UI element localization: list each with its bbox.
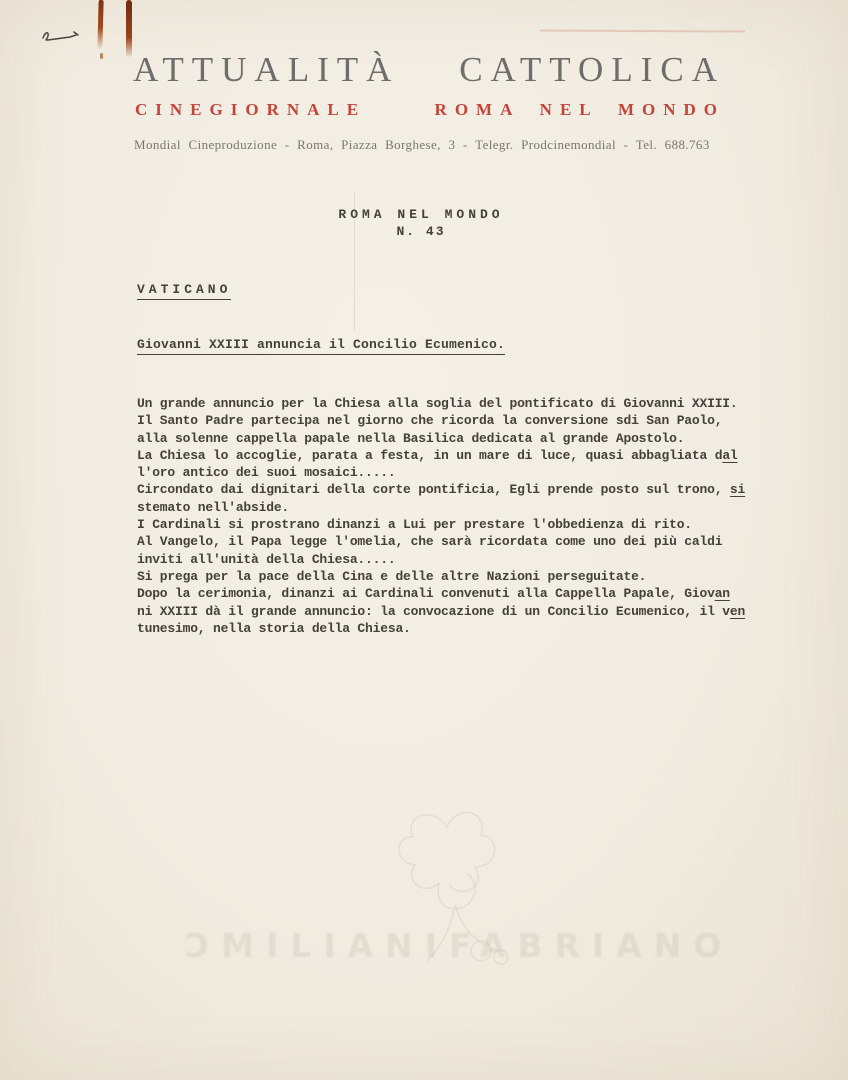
body-line: tunesimo, nella storia della Chiesa.	[137, 621, 797, 638]
newsreel-issue-number: N. 43	[135, 223, 707, 240]
body-line: Un grande annuncio per la Chiesa alla so…	[137, 396, 797, 413]
body-text: Un grande annuncio per la Chiesa alla so…	[137, 396, 797, 638]
body-line: l'oro antico dei suoi mosaici.....	[137, 465, 797, 482]
scanned-document-page: ATTUALITÀ CATTOLICA CINEGIORNALE ROMA NE…	[0, 0, 848, 1080]
document-header: ROMA NEL MONDO N. 43	[135, 206, 707, 240]
body-line: stemato nell'abside.	[137, 500, 797, 517]
body-line: Il Santo Padre partecipa nel giorno che …	[137, 413, 797, 430]
section-label: VATICANO	[137, 282, 231, 300]
ink-smudge-line	[540, 29, 745, 32]
watermark-word-left: ƆMILIANI	[185, 926, 449, 965]
letterhead-subtitle: CINEGIORNALE ROMA NEL MONDO	[135, 100, 725, 120]
letterhead-title: ATTUALITÀ CATTOLICA	[133, 50, 725, 90]
pen-squiggle-icon	[40, 27, 82, 45]
body-line: Si prega per la pace della Cina e delle …	[137, 569, 797, 586]
watermark-word-right: FABRIANO	[449, 926, 733, 965]
body-line: alla solenne cappella papale nella Basil…	[137, 431, 797, 448]
letterhead-subtitle-left: CINEGIORNALE	[135, 100, 366, 120]
body-line: Dopo la cerimonia, dinanzi ai Cardinali …	[137, 586, 797, 603]
body-line: Al Vangelo, il Papa legge l'omelia, che …	[137, 534, 797, 551]
newsreel-series-title: ROMA NEL MONDO	[135, 206, 707, 223]
letterhead-title-word: ATTUALITÀ	[133, 50, 399, 90]
body-line: inviti all'unità della Chiesa.....	[137, 552, 797, 569]
body-line: Circondato dai dignitari della corte pon…	[137, 482, 797, 499]
rust-stain-icon	[126, 0, 132, 58]
paper-maker-watermark: ƆMILIANI FABRIANO	[185, 926, 725, 965]
letterhead-subtitle-right: ROMA NEL MONDO	[435, 100, 725, 120]
article-headline: Giovanni XXIII annuncia il Concilio Ecum…	[137, 337, 505, 355]
body-line: La Chiesa lo accoglie, parata a festa, i…	[137, 448, 797, 465]
rust-stain-icon	[97, 0, 103, 50]
letterhead-title-word: CATTOLICA	[459, 50, 725, 90]
rust-dot-icon	[100, 53, 103, 59]
body-line: I Cardinali si prostrano dinanzi a Lui p…	[137, 517, 797, 534]
letterhead-address: Mondial Cineproduzione - Roma, Piazza Bo…	[134, 137, 754, 153]
body-line: ni XXIII dà il grande annuncio: la convo…	[137, 604, 797, 621]
